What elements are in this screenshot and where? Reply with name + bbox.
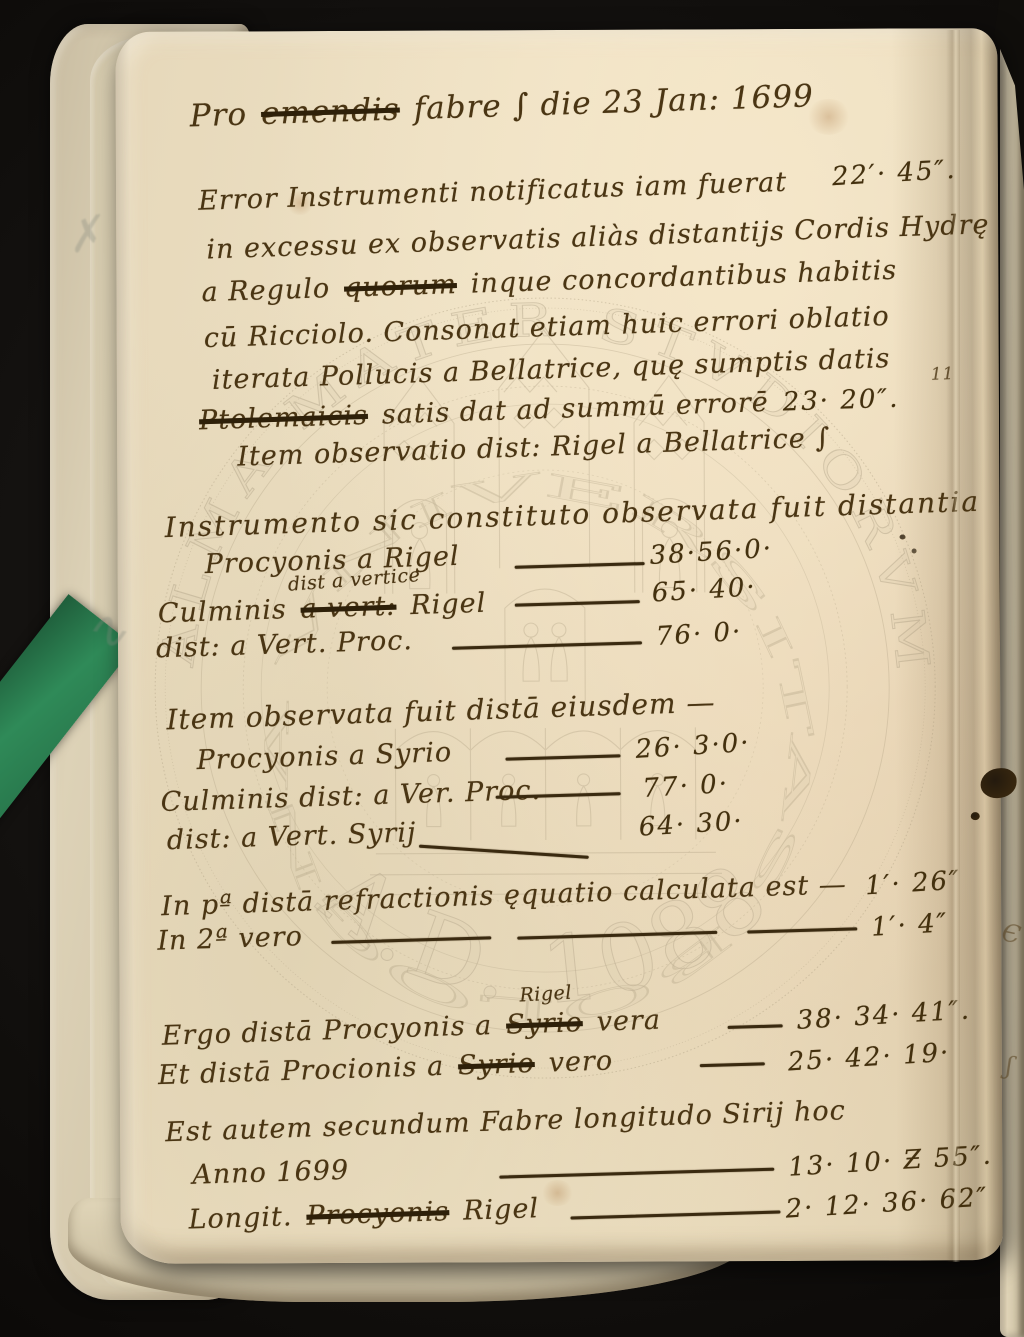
conclusion-value: 13· 10· Ƶ 55″. [788, 1140, 994, 1182]
line-segment: Culminis [157, 594, 287, 629]
manuscript-line: Longit.ProcyonisRigel [188, 1193, 539, 1235]
manuscript-header-line: Proemendisfabre ∫ die 23 Jan: 1699 [189, 78, 814, 134]
ink-speck [900, 534, 906, 539]
line-segment: vero [548, 1045, 613, 1078]
observation-value: 77· 0· [642, 769, 730, 804]
conclusion-value: 2· 12· 36· 62″ [785, 1182, 990, 1224]
observation-value: 65· 40· [651, 572, 758, 608]
inserted-correction: Rigel [519, 982, 573, 1007]
header-date: fabre ∫ die 23 Jan: 1699 [413, 78, 814, 127]
strikethrough-word: emendis [261, 92, 401, 132]
line-segment: a Regulo [201, 273, 330, 308]
line-segment: Longit. [188, 1201, 293, 1235]
manuscript-line: Error Instrumenti notificatus iam fuerat [198, 167, 788, 217]
manuscript-page: ALMA MATER STVDIORVM VNIVERSITAS BOLOGNA… [115, 28, 1002, 1264]
strikethrough-word: Procyonis [306, 1196, 450, 1232]
ink-blot-dot [971, 812, 980, 820]
strikethrough-word: quorum [344, 269, 458, 304]
adjacent-page-edge [1000, 26, 1024, 1337]
strikethrough-word: Syrio [506, 1007, 584, 1040]
foxing-stain [540, 1180, 574, 1206]
ink-rule [499, 1168, 774, 1179]
stray-ink-mark: 11 [931, 364, 955, 385]
line-segment: vera [596, 1005, 661, 1038]
strikethrough-word: a vert: [300, 591, 397, 625]
refraction-value: 1′· 26″ [864, 866, 961, 902]
manuscript-line: Est autem secundum Fabre longitudo Sirij… [165, 1095, 846, 1148]
strikethrough-word: Syrio [458, 1048, 536, 1081]
observation-value: 76· 0· [655, 617, 743, 652]
manuscript-line: Anno 1699 [192, 1155, 350, 1191]
header-word: Pro [189, 96, 247, 134]
observation-value: 64· 30· [638, 806, 745, 842]
ink-speck [912, 548, 917, 553]
ink-rule [570, 1210, 780, 1219]
strikethrough-word: Ptolemaicis [199, 400, 369, 436]
line-segment: Rigel [463, 1193, 540, 1226]
arc-value: 22′· 45″. [831, 155, 957, 192]
arc-value: 23· 20″. [782, 384, 900, 418]
manuscript-line: In 2ª vero [157, 921, 304, 957]
line-segment: Rigel [410, 588, 487, 621]
manuscript-photograph: ✗ ∿ Є ʃ ALMA MATER STVDIORVM [0, 0, 1024, 1337]
refraction-value: 1′· 4″ [870, 908, 949, 943]
show-through-mark: ∿ [80, 597, 132, 662]
